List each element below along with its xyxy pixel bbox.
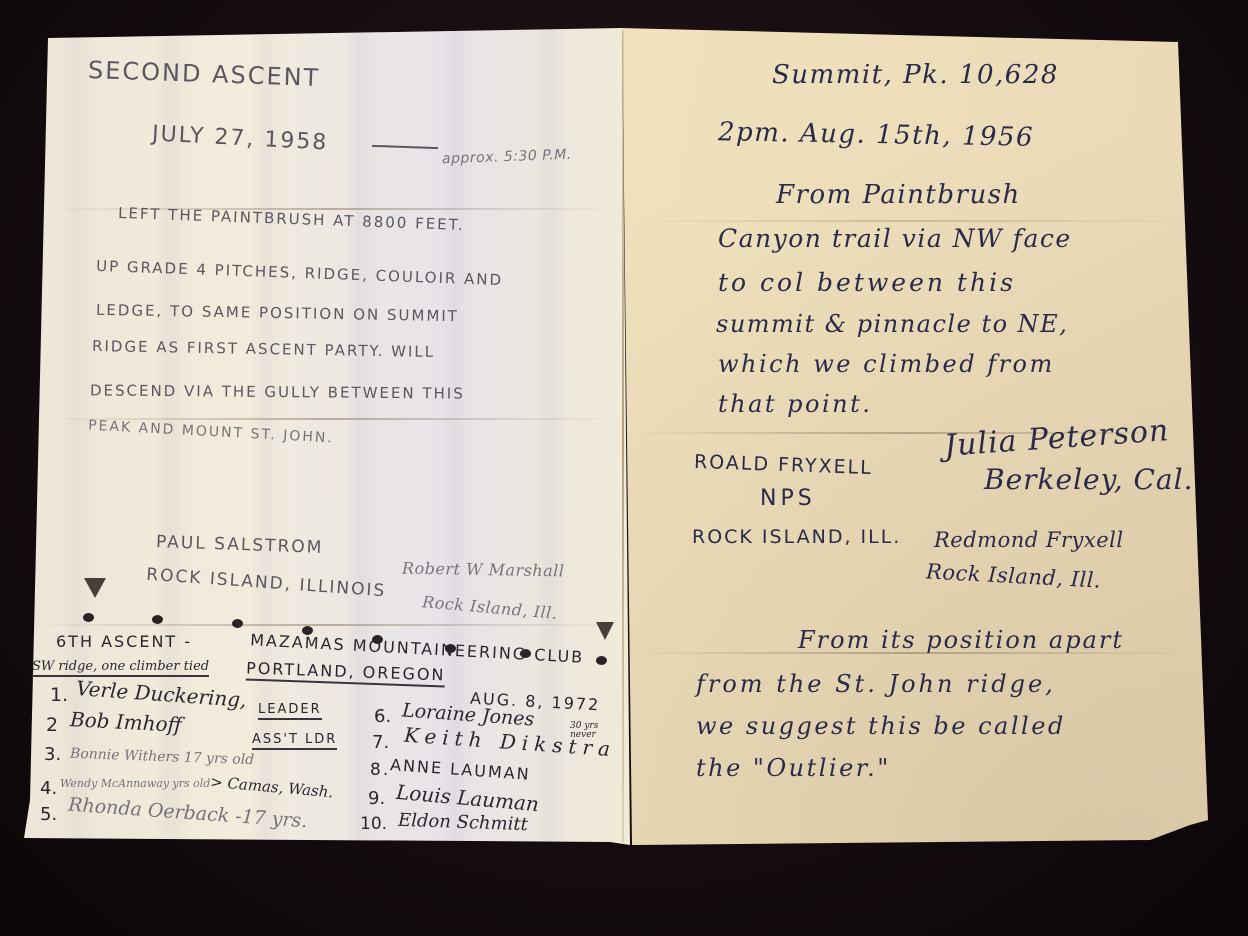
right-body-line: Canyon trail via NW face <box>718 226 1072 251</box>
center-fold <box>622 30 624 842</box>
member-number: 10. <box>360 816 387 833</box>
signature-affiliation: NPS <box>760 488 816 510</box>
closing-line: the "Outlier." <box>696 756 891 780</box>
closing-line: From its position apart <box>798 628 1124 652</box>
member-name: Eldon Schmitt <box>398 812 528 835</box>
left-body-line: descend via the gully between this <box>90 383 465 401</box>
member-name: Bob Imhoff <box>70 709 183 735</box>
right-heading: Summit, Pk. 10,628 <box>772 62 1059 88</box>
member-role: Ass't Ldr <box>252 733 337 750</box>
nail-hole <box>596 656 607 665</box>
member-number: 7. <box>372 734 389 752</box>
right-body-line: that point. <box>718 392 872 416</box>
right-body-line: From Paintbrush <box>776 182 1021 208</box>
fold-line <box>630 220 1190 222</box>
member-number: 2 <box>46 716 58 735</box>
right-body-line: summit & pinnacle to NE, <box>716 312 1068 336</box>
member-number: 8. <box>370 762 390 779</box>
member-number: 6. <box>374 708 391 726</box>
right-body-line: to col between this <box>718 270 1016 295</box>
right-body-line: which we climbed from <box>718 352 1055 376</box>
closing-line: we suggest this be called <box>696 714 1066 738</box>
signature-place: Berkeley, Cal. <box>984 466 1193 494</box>
tack-mark <box>596 622 614 640</box>
fold-line <box>30 624 620 626</box>
member-number: 5. <box>40 806 57 824</box>
member-number: 9. <box>368 790 385 808</box>
signature-name: Redmond Fryxell <box>934 530 1124 551</box>
member-number: 1. <box>50 686 68 705</box>
nail-hole <box>83 613 94 622</box>
tack-mark <box>84 578 106 598</box>
nail-hole <box>152 615 163 624</box>
signature-name: Robert W Marshall <box>402 561 565 580</box>
member-number: 4. <box>40 780 57 798</box>
right-date: 2pm. Aug. 15th, 1956 <box>718 119 1034 151</box>
member-number: 3. <box>44 746 61 764</box>
closing-line: from the St. John ridge, <box>696 672 1056 696</box>
route-note: SW ridge, one climber tied <box>32 660 209 677</box>
signature-place: Rock Island, Ill. <box>692 528 901 547</box>
member-role: Leader <box>258 703 322 720</box>
nail-hole <box>232 619 243 628</box>
sixth-ascent-heading: 6th Ascent - <box>56 634 192 650</box>
member-name: Wendy McAnnaway yrs old <box>60 778 210 789</box>
